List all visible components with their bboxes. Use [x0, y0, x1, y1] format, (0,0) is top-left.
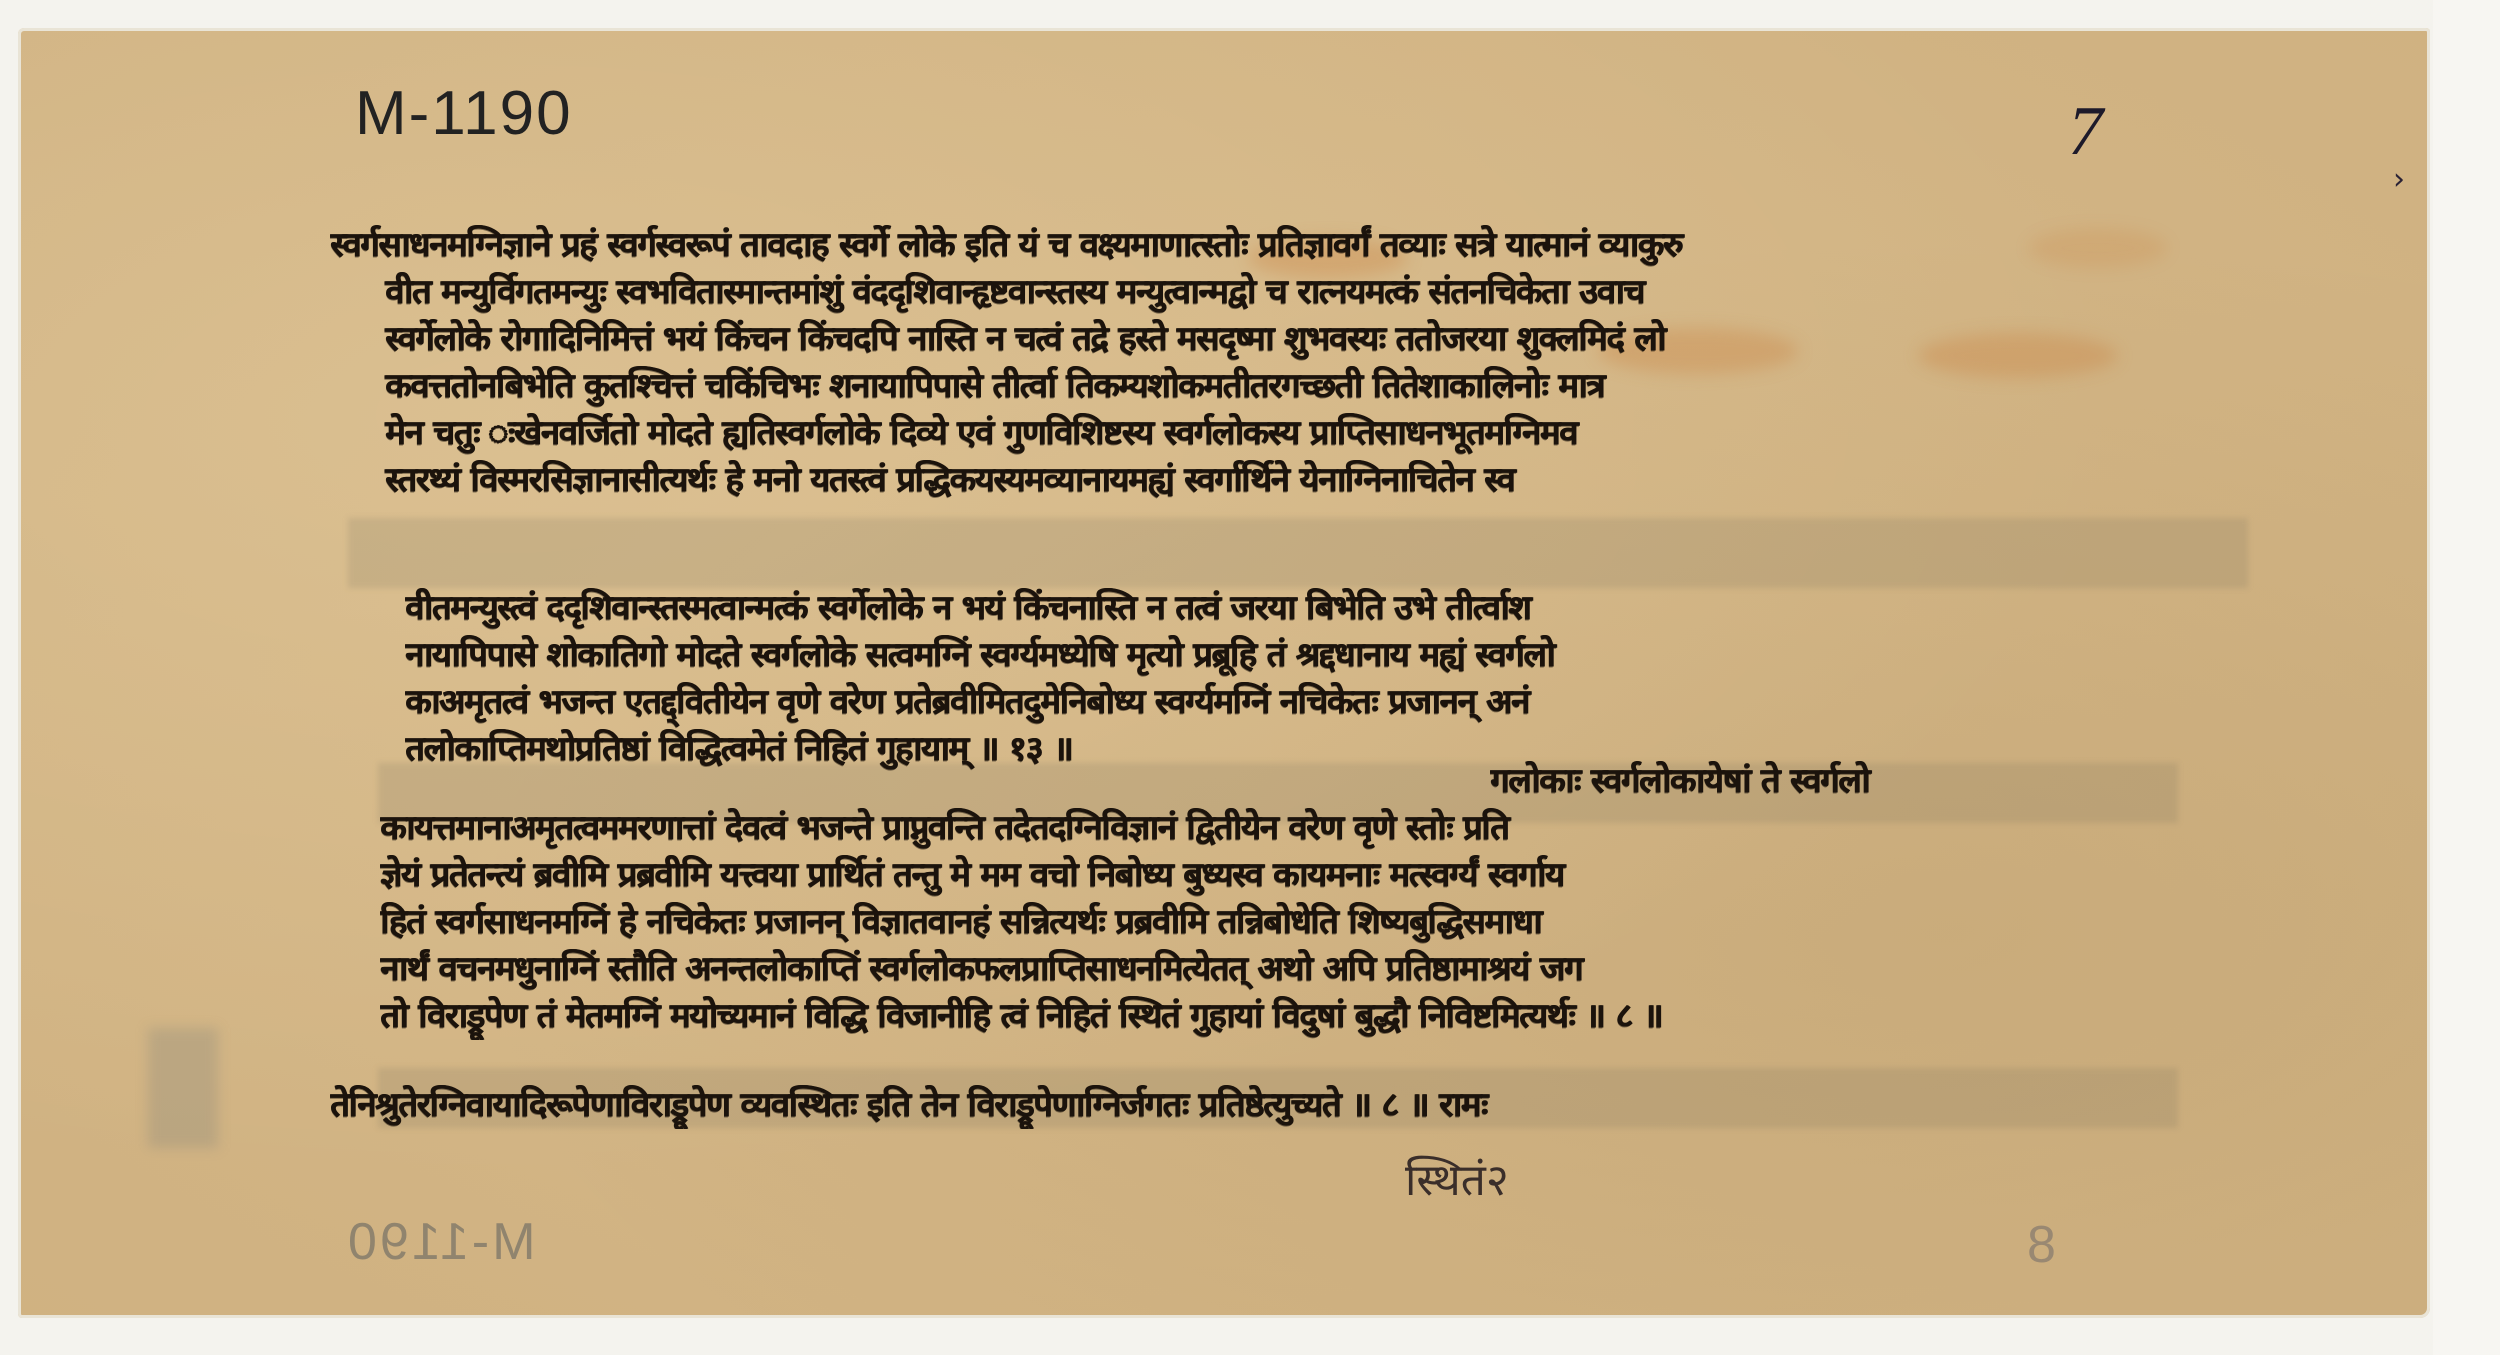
text-block-final: तेनिश्रुतेरग्निवायादिरूपेणाविराड्रूपेण व…: [330, 1082, 2180, 1129]
manuscript-line: हितं स्वर्गसाधनमग्निं हे नचिकेतः प्रजानन…: [380, 899, 2170, 946]
manuscript-line: कवत्ततोनबिभेति कुतश्चित्तं चकिंचिभः शनाय…: [330, 363, 2180, 410]
bottom-caption: स्थितं२: [1405, 1148, 1509, 1208]
ghost-folio-number: 8: [2027, 1215, 2056, 1275]
text-block-verses: वीतमन्युस्त्वं ददृशिवान्स्तस्मत्वान्मत्क…: [405, 585, 2165, 773]
margin-mark: ›: [2393, 162, 2405, 197]
folio-number: 7: [2068, 92, 2103, 172]
manuscript-line: मेन चतुः ःखेनवर्जितो मोदते ह्यतिस्वर्गलो…: [330, 410, 2180, 457]
manuscript-line: कायत्तमानाअमृतत्वममरणात्तां देवत्वं भजन्…: [380, 805, 2170, 852]
manuscript-line: नायापिपासे शोकातिगो मोदते स्वर्गलोके सत्…: [405, 632, 2165, 679]
mirrored-shelf-mark: M-1190: [345, 1212, 535, 1272]
manuscript-line: काअमृतत्वं भजन्त एतद्द्वितीयेन वृणे वरेण…: [405, 679, 2165, 726]
manuscript-line: तो विराड्रूपेण तं मेतमग्निं मयोच्यमानं व…: [380, 993, 2170, 1040]
text-block-commentary-2: कायत्तमानाअमृतत्वममरणात्तां देवत्वं भजन्…: [380, 805, 2170, 1040]
manuscript-line: नार्थं वचनमधुनाग्निं स्तौति अनन्तलोकाप्त…: [380, 946, 2170, 993]
manuscript-line: ज्ञेयं प्रतेतन्त्यं ब्रवीमि प्रब्रवीमि य…: [380, 852, 2170, 899]
text-block-commentary-1: स्वर्गसाधनमग्निज्ञाने प्रहं स्वर्गस्वरूप…: [330, 222, 2180, 504]
manuscript-line: स्वर्गसाधनमग्निज्ञाने प्रहं स्वर्गस्वरूप…: [330, 222, 2180, 269]
scanner-bed-edge: [2433, 0, 2500, 1355]
manuscript-line: वीतमन्युस्त्वं ददृशिवान्स्तस्मत्वान्मत्क…: [405, 585, 2165, 632]
manuscript-line: स्तरथ्यं विस्मरसिज्ञानासीत्यर्थः हे मनो …: [330, 457, 2180, 504]
manuscript-line: गलोकाः स्वर्गलोकायेषां ते स्वर्गलो: [1490, 758, 2130, 805]
manuscript-line: स्वर्गेलोके रोगादिनिमित्तं भयं किंचन किं…: [330, 316, 2180, 363]
manuscript-line: वीत मन्युर्विगतमन्युः स्वभवितास्मान्तमां…: [330, 269, 2180, 316]
shelf-mark: M-1190: [355, 78, 573, 149]
show-through: [348, 518, 2248, 588]
text-block-continuation: गलोकाः स्वर्गलोकायेषां ते स्वर्गलो: [1490, 758, 2130, 805]
manuscript-line: तेनिश्रुतेरग्निवायादिरूपेणाविराड्रूपेण व…: [330, 1082, 2180, 1129]
faded-smudge: [148, 1028, 218, 1148]
